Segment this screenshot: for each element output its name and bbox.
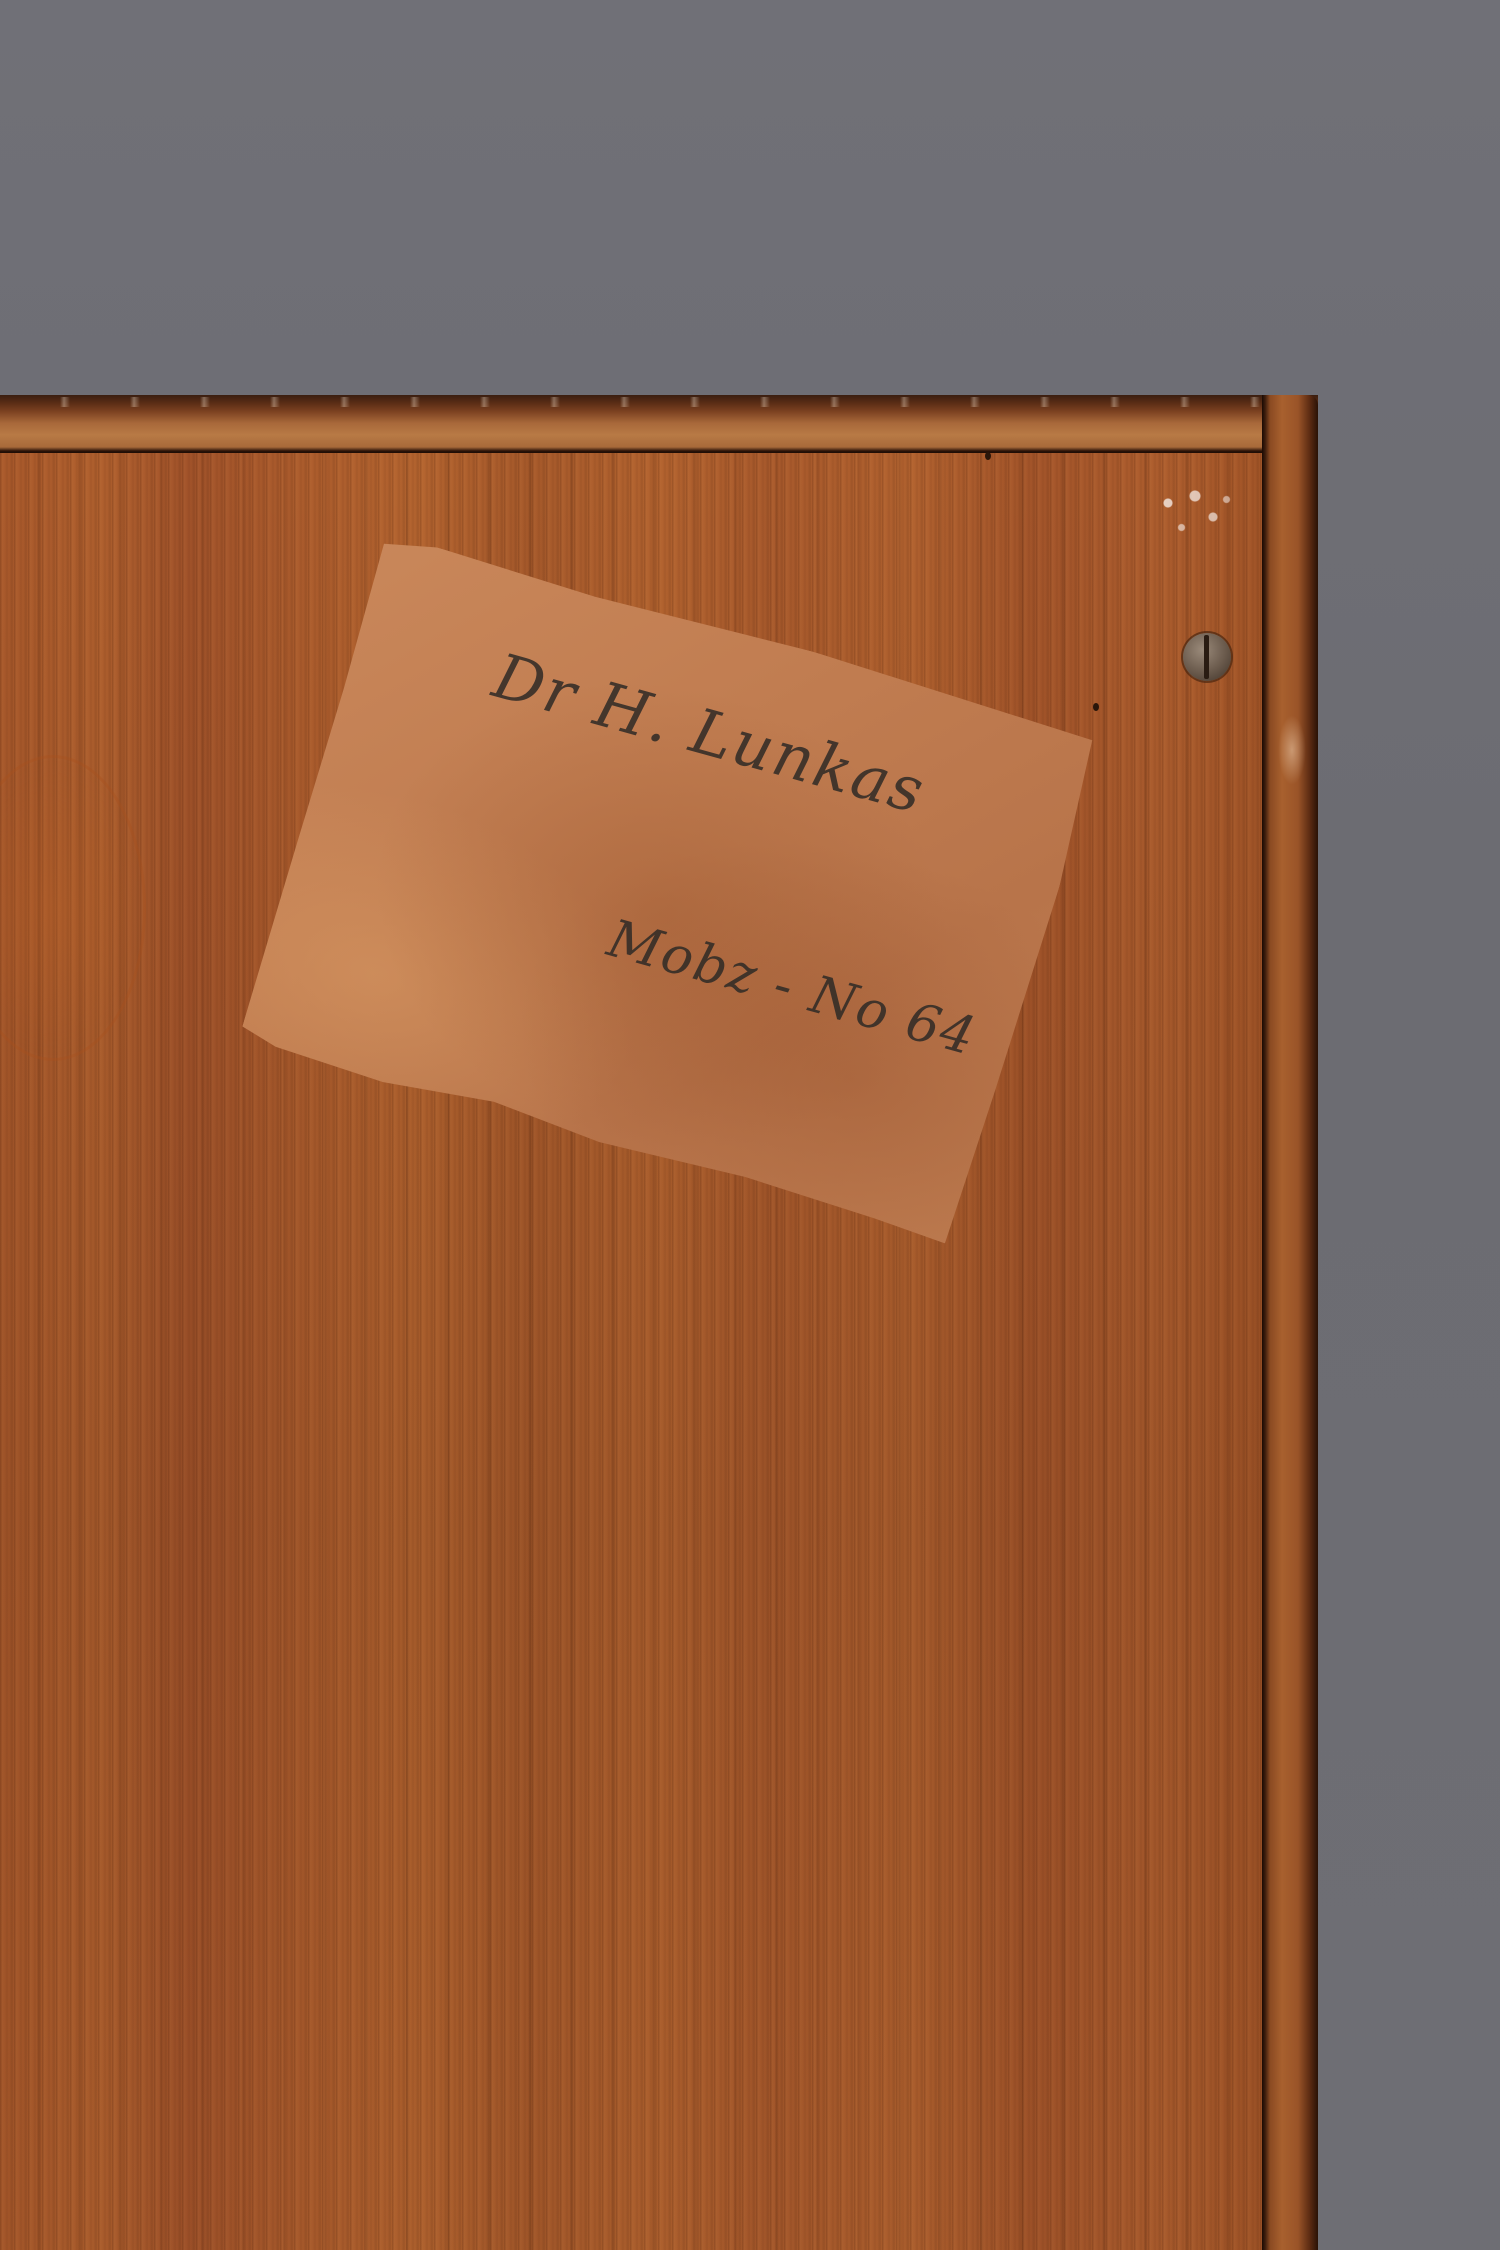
nail-hole	[985, 452, 991, 460]
label-number-text: Mobz - No 64	[601, 909, 983, 1068]
paint-residue	[1150, 475, 1240, 545]
screw-icon	[1183, 633, 1231, 681]
nail-hole	[1093, 703, 1099, 711]
top-rail-gloss	[0, 397, 1318, 407]
right-frame-stile	[1262, 395, 1318, 2250]
screw-slot	[1204, 635, 1209, 679]
stile-highlight	[1278, 715, 1306, 785]
